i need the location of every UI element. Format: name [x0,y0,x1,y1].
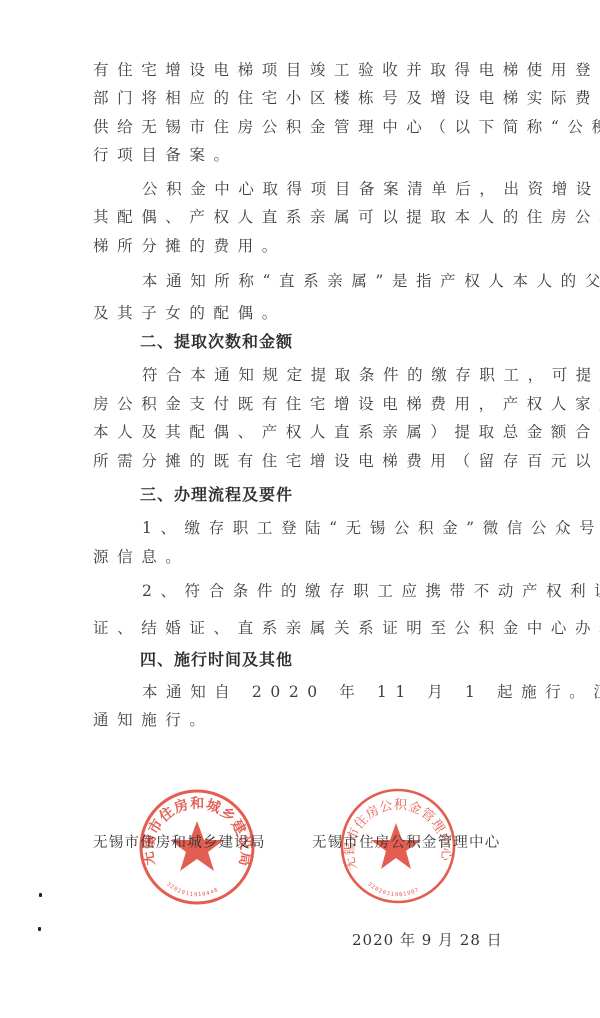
document-page: 有住宅增设电梯项目竣工验收并取得电梯使用登记证后，由住建 部门将相应的住宅小区楼… [0,0,600,1018]
binding-mark-icon [38,927,41,931]
section-2-line-3: 本人及其配偶、产权人直系亲属）提取总金额合计不得超过家庭 [93,420,537,444]
paragraph-1-line-2: 部门将相应的住宅小区楼栋号及增设电梯实际费用分摊明细提 [93,86,537,110]
paragraph-1-line-4: 行项目备案。 [93,143,537,167]
section-2-line-1: 符合本通知规定提取条件的缴存职工，可提取一次本人的住 [142,363,537,387]
signature-left-issuer: 无锡市住房和城乡建设局 [93,832,266,854]
paragraph-2-line-1: 公积金中心取得项目备案清单后，出资增设电梯的产权人及 [142,177,537,201]
section-2-line-4: 所需分摊的既有住宅增设电梯费用（留存百元以下的余额）。 [93,449,537,473]
paragraph-3-line-2: 及其子女的配偶。 [93,301,537,325]
signature-right-issuer: 无锡市住房公积金管理中心 [312,832,500,854]
section-4-line-2: 通知施行。 [93,708,537,732]
paragraph-1-line-1: 有住宅增设电梯项目竣工验收并取得电梯使用登记证后，由住建 [93,58,537,82]
section-4-line-1: 本通知自 2020 年 11 月 1 起施行。江阴市、宜兴市可参照本 [142,680,537,704]
section-2-line-2: 房公积金支付既有住宅增设电梯费用，产权人家庭（包括产权人 [93,392,537,416]
paragraph-3-line-1: 本通知所称“直系亲属”是指产权人本人的父母、子女 [142,269,537,293]
paragraph-2-line-3: 梯所分摊的费用。 [93,234,537,258]
issue-date: 2020 年 9 月 28 日 [352,929,503,951]
left-seal-serial: 3202011910448 [165,881,220,898]
section-4-heading: 四、施行时间及其他 [140,648,293,672]
section-3-item-1-line-2: 源信息。 [93,545,537,569]
paragraph-2-line-2: 其配偶、产权人直系亲属可以提取本人的住房公积金支付增设电 [93,205,537,229]
section-3-item-2-line-1: 2、符合条件的缴存职工应携带不动产权利证明、本人身份 [142,579,537,603]
section-2-heading: 二、提取次数和金额 [140,330,293,354]
section-3-item-1-line-1: 1、缴存职工登陆“无锡公积金”微信公众号查询可提取房 [142,516,537,540]
section-3-heading: 三、办理流程及要件 [140,483,293,507]
section-3-item-2-line-2: 证、结婚证、直系亲属关系证明至公积金中心办理。 [93,616,537,640]
svg-text:3202011910448: 3202011910448 [165,881,220,898]
paragraph-1-line-3: 供给无锡市住房公积金管理中心（以下简称“公积金中心”）进 [93,115,537,139]
binding-mark-icon [39,893,42,897]
